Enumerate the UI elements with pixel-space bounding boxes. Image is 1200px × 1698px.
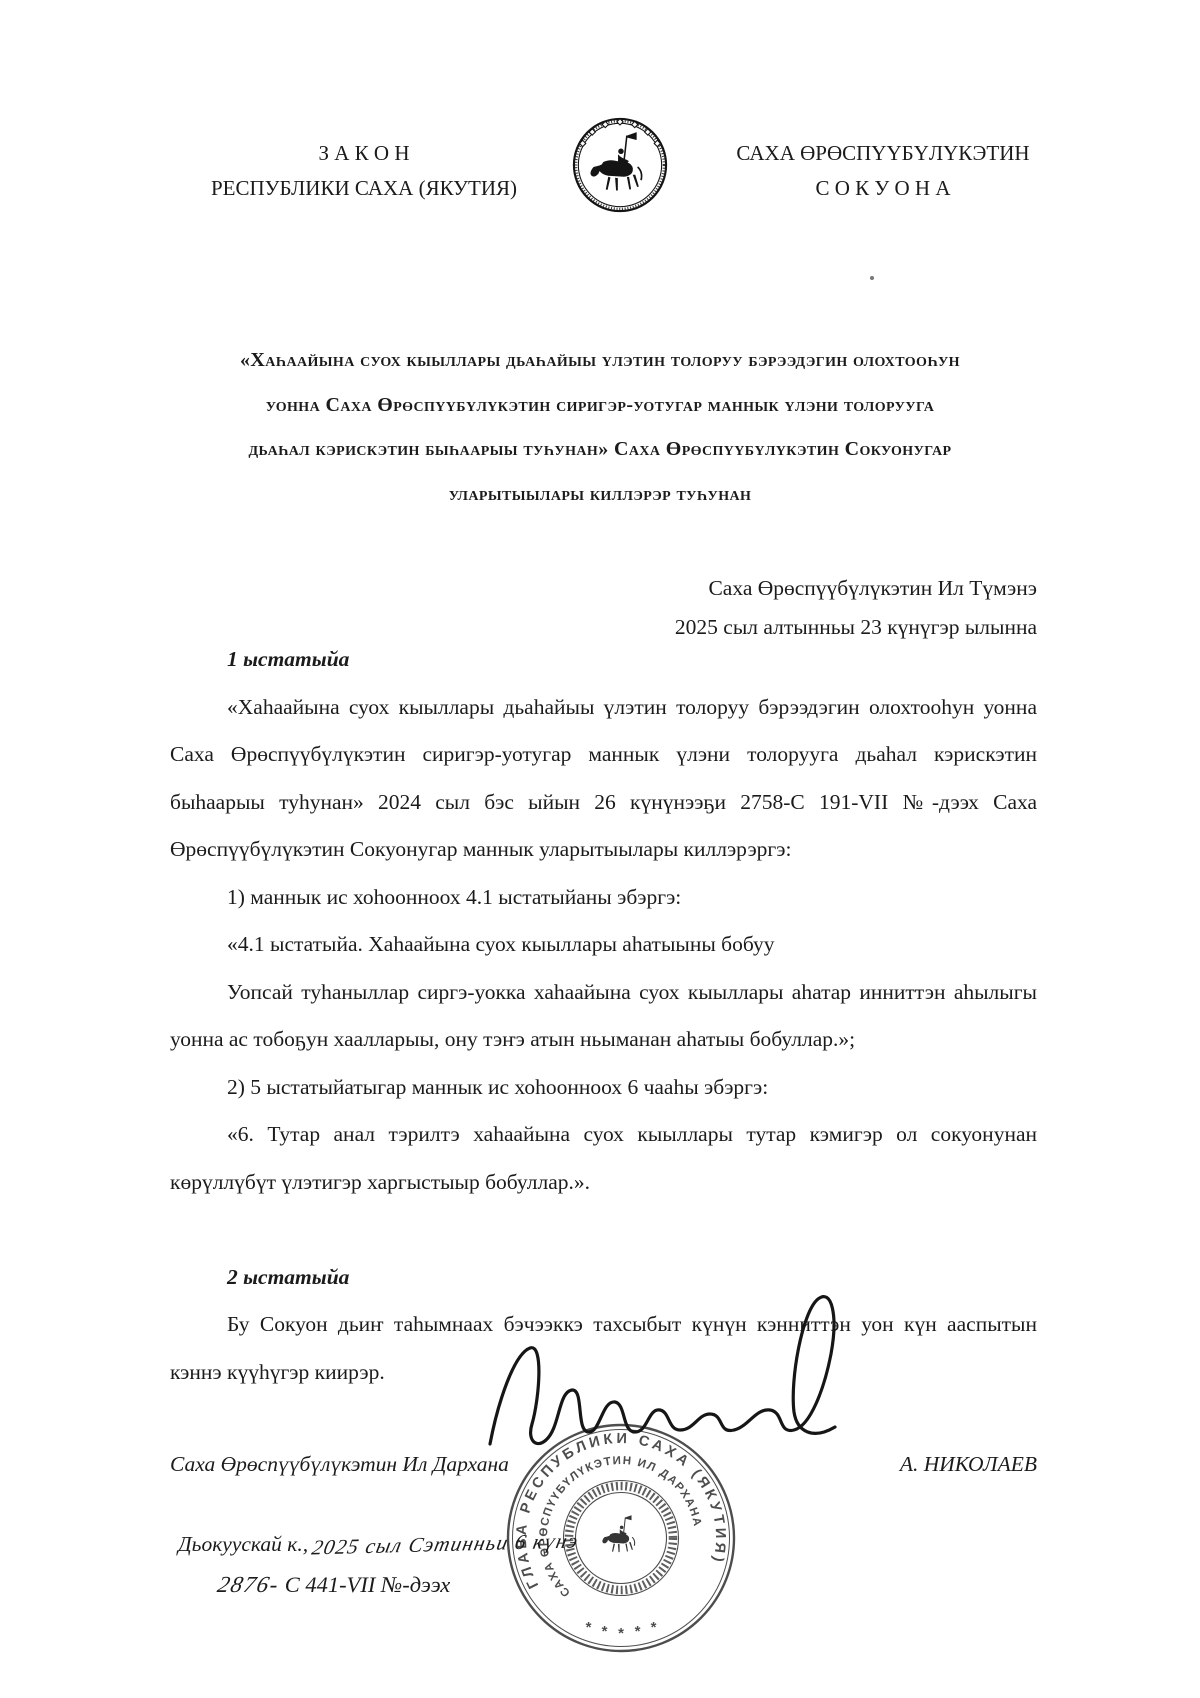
handwritten-date: 2025 сыл Сэтинньи 6 күнэ — [310, 1529, 581, 1561]
header-right-line1: САХА ӨРӨСПҮҮБҮЛҮКЭТИН — [722, 136, 1044, 171]
header-left-line1: З А К О Н — [168, 136, 560, 171]
stamp-star-ornaments: * * * * * — [586, 1619, 657, 1642]
horse-rider-glyph — [590, 132, 641, 190]
sakha-coat-of-arms-icon — [571, 115, 669, 215]
law-title-line3: дьаһал кэрискэтин быһаарыы туһунан» Саха… — [0, 427, 1200, 472]
header-left-line2: РЕСПУБЛИКИ САХА (ЯКУТИЯ) — [168, 171, 560, 206]
svg-text:*: * — [586, 1619, 592, 1636]
law-title-line4: уларытыылары киллэрэр туһунан — [0, 472, 1200, 517]
svg-text:*: * — [651, 1619, 657, 1636]
place-prefix: Дьокуускай к., — [178, 1532, 313, 1556]
signature-row: Саха Өрөспүүбүлүкэтин Ил Дархана А. НИКО… — [170, 1452, 1037, 1477]
stamp-horse-emblem — [602, 1515, 634, 1552]
header-right-block: САХА ӨРӨСПҮҮБҮЛҮКЭТИН С О К У О Н А — [722, 136, 1044, 206]
svg-text:*: * — [635, 1623, 641, 1640]
article-1-paragraph: «Хаһаайына суох кыыллары дьаһайыы үлэтин… — [170, 684, 1037, 874]
blank-line — [170, 1206, 1037, 1254]
article-1-heading: 1 ыстатыйа — [170, 636, 1037, 684]
amendment-item-1: 1) маннык ис хоһоонноох 4.1 ыстатыйаны э… — [170, 874, 1037, 922]
emblem-diamond-ornament — [580, 119, 661, 147]
registration-number-line: 2876- С 441-VII №-дээх — [218, 1572, 450, 1598]
law-title-line1: «Хаһаайына суох кыыллары дьаһайыы үлэтин… — [0, 338, 1200, 383]
adoption-block: Саха Өрөспүүбүлүкэтин Ил Түмэнэ 2025 сыл… — [675, 569, 1037, 646]
place-and-date-line: Дьокуускай к., 2025 сыл Сэтинньи 6 күнэ — [178, 1532, 578, 1557]
handwritten-number: 2876- — [215, 1572, 282, 1598]
law-title-line2: уонна Саха Өрөспүүбүлүкэтин сиригэр-уоту… — [0, 383, 1200, 428]
svg-text:*: * — [602, 1623, 608, 1640]
scan-artifact-dot — [870, 276, 874, 280]
header-left-block: З А К О Н РЕСПУБЛИКИ САХА (ЯКУТИЯ) — [168, 136, 560, 206]
adoption-authority: Саха Өрөспүүбүлүкэтин Ил Түмэнэ — [675, 569, 1037, 608]
svg-text:*: * — [618, 1625, 624, 1642]
signer-post-title: Саха Өрөспүүбүлүкэтин Ил Дархана — [170, 1452, 509, 1477]
quoted-article-4-1-heading: «4.1 ыстатыйа. Хаһаайына суох кыыллары а… — [170, 921, 1037, 969]
signer-name: А. НИКОЛАЕВ — [900, 1452, 1037, 1477]
law-title: «Хаһаайына суох кыыллары дьаһайыы үлэтин… — [0, 338, 1200, 516]
amendment-item-2: 2) 5 ыстатыйатыгар маннык ис хоһоонноох … — [170, 1064, 1037, 1112]
quoted-article-4-1-text: Уопсай туһаныллар сиргэ-уокка хаһаайына … — [170, 969, 1037, 1064]
quoted-part-6-text: «6. Тутар анал тэрилтэ хаһаайына суох кы… — [170, 1111, 1037, 1206]
header-right-line2: С О К У О Н А — [722, 171, 1044, 206]
number-suffix: С 441-VII №-дээх — [285, 1572, 450, 1597]
law-document-page: З А К О Н РЕСПУБЛИКИ САХА (ЯКУТИЯ) — [0, 0, 1200, 1698]
